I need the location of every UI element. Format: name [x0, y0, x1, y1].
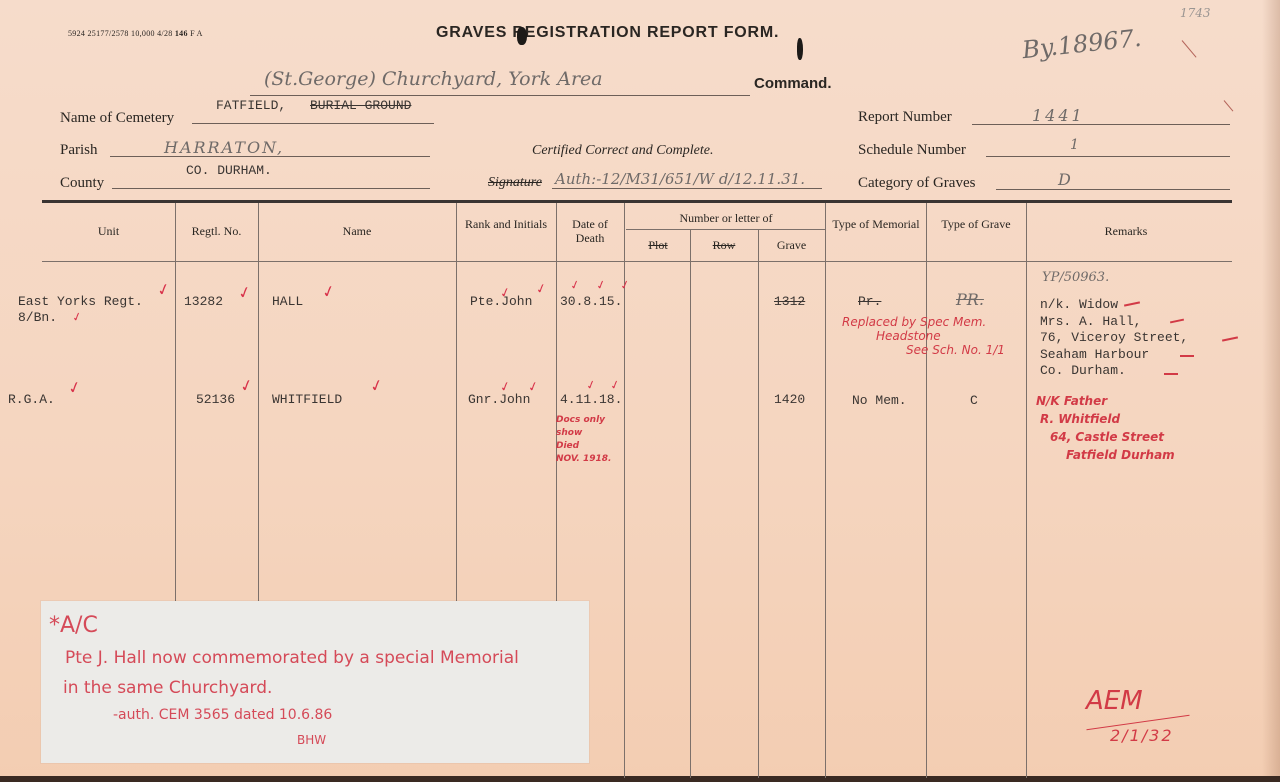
memorial-note-see-sch: See Sch. No. 1/1	[906, 344, 1005, 357]
row-name: HALL	[272, 294, 303, 309]
initials-signature: AEM	[1086, 686, 1143, 716]
col-divider	[758, 229, 759, 778]
schedule-number-label: Schedule Number	[858, 142, 966, 159]
note-initials: BHW	[297, 733, 326, 747]
subheader-rule	[626, 229, 826, 230]
corner-number: 1743	[1180, 6, 1211, 20]
col-divider	[456, 203, 457, 601]
header-row: Row	[690, 238, 758, 252]
row-grave: 1420	[774, 392, 805, 407]
schedule-number-value: 1	[1070, 137, 1079, 153]
check-mark-icon: ✓	[238, 375, 256, 397]
col-divider	[825, 203, 826, 778]
certified-text: Certified Correct and Complete.	[532, 143, 713, 159]
col-divider	[258, 203, 259, 601]
check-mark-icon: ✓	[608, 377, 621, 393]
row-unit: R.G.A.	[8, 392, 55, 407]
memorial-note-headstone: Headstone	[876, 330, 941, 343]
pen-mark	[1224, 100, 1234, 111]
check-mark-icon: ✓	[320, 281, 338, 303]
col-divider	[926, 203, 927, 778]
county-label: County	[60, 175, 104, 192]
report-number-underline	[972, 124, 1230, 125]
print-code: 5924 25177/2578 10,000 4/28 146 F A	[68, 29, 203, 38]
area-handwritten: (St.George) Churchyard, York Area	[264, 68, 603, 90]
header-grave: Grave	[758, 238, 825, 252]
signature-label: Signature	[488, 175, 542, 191]
check-mark-icon: ✓	[155, 279, 173, 301]
check-mark-icon: ✓	[368, 375, 386, 397]
row-date-of-death: 4.11.18.	[560, 392, 622, 407]
cemetery-value: FATFIELD,	[216, 98, 286, 113]
check-mark-icon: ✓	[66, 377, 84, 399]
category-value: D	[1058, 170, 1071, 189]
header-name: Name	[258, 224, 456, 238]
row-type-memorial: Pr.	[858, 294, 881, 309]
check-mark-icon: ✓	[70, 309, 83, 325]
category-underline	[996, 189, 1230, 190]
cemetery-underline	[192, 123, 434, 124]
tick-dash	[1180, 355, 1194, 357]
header-type-memorial: Type of Memorial	[830, 217, 922, 231]
memorial-note-replaced: Replaced by Spec Mem.	[842, 316, 986, 329]
header-remarks: Remarks	[1026, 224, 1226, 238]
ink-blot	[797, 38, 803, 60]
header-bottom-rule	[42, 261, 1232, 262]
check-mark-icon: ✓	[618, 277, 631, 293]
tick-dash	[1164, 373, 1178, 375]
form-title: GRAVES REGISTRATION REPORT FORM.	[436, 24, 779, 42]
paper-edge	[1262, 0, 1280, 782]
note-line: Pte J. Hall now commemorated by a specia…	[65, 648, 519, 668]
note-ac: *A/C	[49, 613, 98, 638]
signature-underline	[552, 188, 822, 189]
col-divider	[690, 229, 691, 778]
note-auth: -auth. CEM 3565 dated 10.6.86	[113, 707, 332, 723]
cemetery-struck: BURIAL GROUND	[310, 98, 411, 113]
header-regtl-no: Regtl. No.	[175, 224, 258, 238]
check-mark-icon: ✓	[584, 377, 597, 393]
note-line: in the same Churchyard.	[63, 678, 272, 698]
header-number-or-letter: Number or letter of	[626, 211, 826, 225]
row-name: WHITFIELD	[272, 392, 342, 407]
county-underline	[112, 188, 430, 189]
schedule-number-underline	[986, 156, 1230, 157]
remarks-ref: YP/50963.	[1042, 270, 1109, 285]
area-underline	[250, 95, 750, 96]
signature-value: Auth:-12/M31/651/W d/12.11.31.	[555, 170, 805, 188]
pen-mark	[1182, 40, 1197, 57]
row-unit: East Yorks Regt.	[18, 294, 143, 309]
row-regtl-no: 13282	[184, 294, 223, 309]
row-unit-battalion: 8/Bn.	[18, 310, 57, 325]
command-label: Command.	[754, 75, 832, 92]
pasted-annotation-note: *A/C Pte J. Hall now commemorated by a s…	[41, 601, 589, 763]
parish-label: Parish	[60, 142, 98, 159]
check-mark-icon: ✓	[568, 277, 581, 293]
paper-bottom-edge	[0, 776, 1280, 782]
header-unit: Unit	[42, 224, 175, 238]
header-date-of-death: Date of Death	[560, 217, 620, 245]
row-type-grave: PR.	[956, 290, 984, 309]
row-type-grave: C	[970, 393, 978, 408]
row-type-memorial: No Mem.	[852, 393, 907, 408]
header-rank: Rank and Initials	[462, 217, 550, 231]
date-note: Docs only show Died NOV. 1918.	[556, 414, 611, 466]
report-number-label: Report Number	[858, 109, 952, 126]
check-mark-icon: ✓	[236, 282, 254, 304]
col-divider	[1026, 203, 1027, 778]
category-label: Category of Graves	[858, 175, 975, 192]
row-grave: 1312	[774, 294, 805, 309]
row-date-of-death: 30.8.15.	[560, 294, 622, 309]
ref-number: By.18967.	[1021, 24, 1143, 64]
remarks-block: n/k. Widow Mrs. A. Hall, 76, Viceroy Str…	[1040, 297, 1188, 380]
check-mark-icon: ✓	[534, 281, 548, 298]
col-divider	[175, 203, 176, 601]
row-regtl-no: 52136	[196, 392, 235, 407]
cemetery-label: Name of Cemetery	[60, 110, 174, 127]
remarks-block: N/K Father R. Whitfield 64, Castle Stree…	[1036, 392, 1175, 464]
header-type-grave: Type of Grave	[930, 217, 1022, 231]
ink-blot	[517, 27, 527, 45]
tick-dash	[1222, 336, 1238, 341]
check-mark-icon: ✓	[594, 277, 607, 293]
form-page: 5924 25177/2578 10,000 4/28 146 F A GRAV…	[0, 0, 1280, 782]
parish-value: HARRATON,	[164, 138, 284, 157]
header-plot: Plot	[626, 238, 690, 252]
table-top-rule	[42, 200, 1232, 203]
report-number-value: 1441	[1032, 106, 1085, 125]
county-value: CO. DURHAM.	[186, 163, 272, 178]
initials-date: 2/1/32	[1110, 726, 1174, 745]
parish-underline	[110, 156, 430, 157]
row-rank: Gnr.John	[468, 392, 530, 407]
col-divider	[556, 203, 557, 601]
